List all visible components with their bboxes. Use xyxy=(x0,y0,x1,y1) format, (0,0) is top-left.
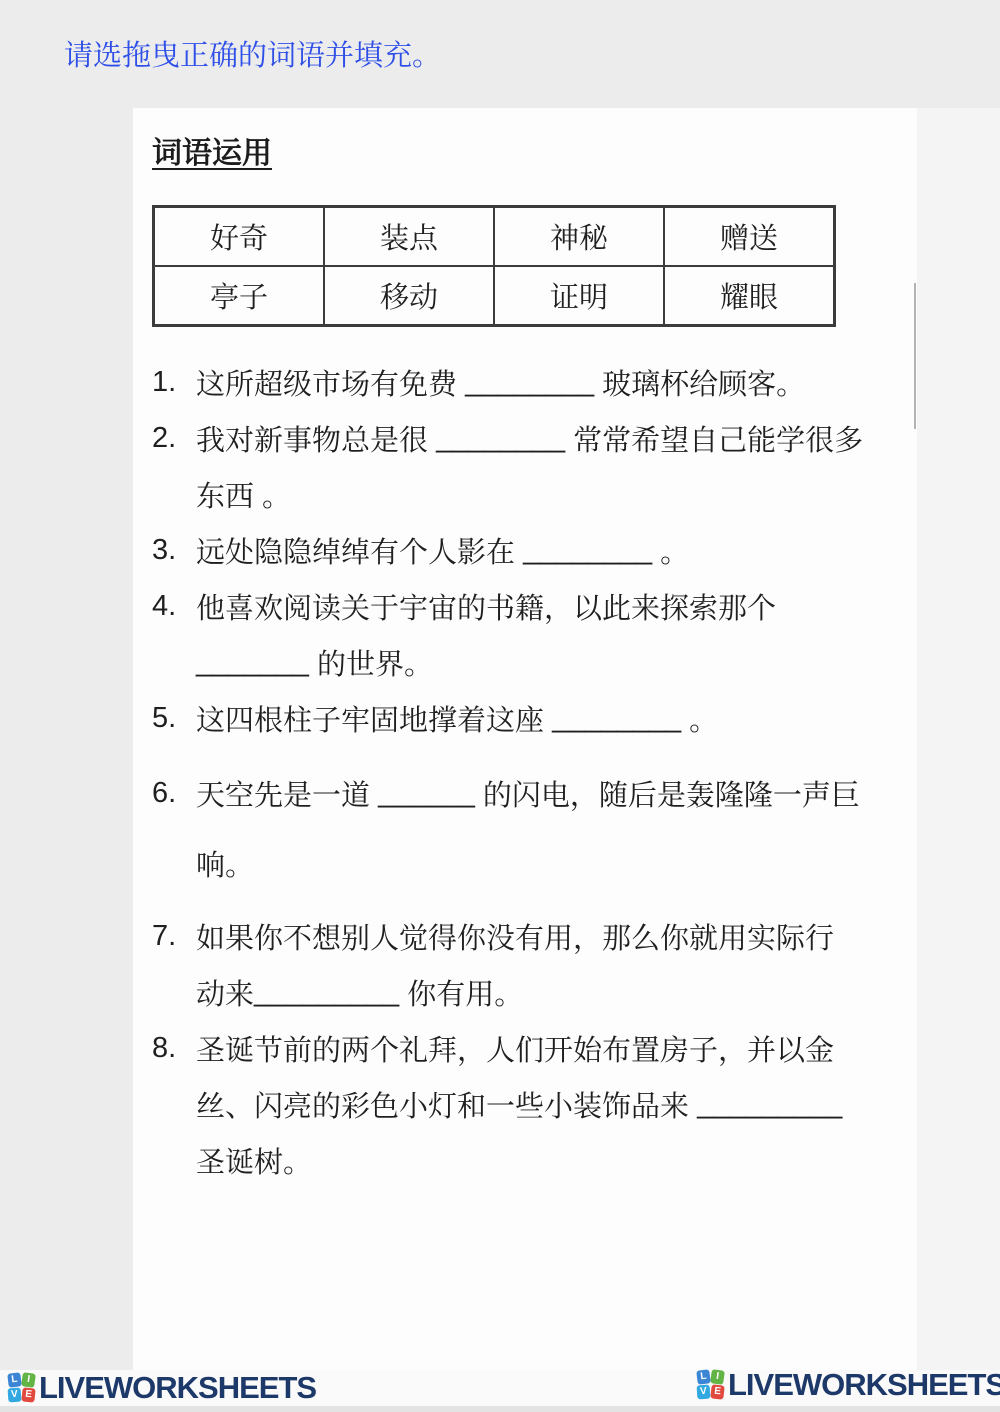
word-chip[interactable]: 装点 xyxy=(324,207,494,266)
answer-blank[interactable]: ________ xyxy=(465,366,594,399)
word-chip[interactable]: 赠送 xyxy=(664,207,834,266)
sentence-text: 动来 xyxy=(196,972,254,1013)
logo-tile-v: V xyxy=(8,1387,22,1402)
answer-blank[interactable]: ________ xyxy=(523,534,652,567)
word-chip[interactable]: 证明 xyxy=(494,266,664,325)
liveworksheets-tiles-icon: LIVE xyxy=(697,1370,725,1400)
sentence-text: 的闪电，随后是轰隆隆一声巨 xyxy=(475,773,860,814)
logo-tile-i: I xyxy=(21,1372,36,1388)
answer-blank[interactable]: _________ xyxy=(697,1088,842,1121)
question-number: 5. xyxy=(152,702,196,735)
question-list: 1.这所超级市场有免费 ________ 玻璃杯给顾客。2.我对新事物总是很 _… xyxy=(152,354,917,1188)
question-line: _______ 的世界。 xyxy=(152,634,917,690)
logo-tile-l: L xyxy=(7,1372,22,1387)
sentence-text: 常常希望自己能学很多 xyxy=(565,418,863,459)
question-line: 4.他喜欢阅读关于宇宙的书籍，以此来探索那个 xyxy=(152,578,917,634)
question-item: 1.这所超级市场有免费 ________ 玻璃杯给顾客。 xyxy=(152,354,917,410)
sentence-text: 东西 。 xyxy=(196,474,291,515)
question-item: 2.我对新事物总是很 ________ 常常希望自己能学很多东西 。 xyxy=(152,410,917,522)
question-item: 6.天空先是一道 ______ 的闪电，随后是轰隆隆一声巨响。 xyxy=(152,765,917,891)
question-number: 2. xyxy=(152,422,196,455)
question-item: 4.他喜欢阅读关于宇宙的书籍，以此来探索那个_______ 的世界。 xyxy=(152,578,917,690)
sentence-text: 如果你不想别人觉得你没有用，那么你就用实际行 xyxy=(196,916,834,957)
word-chip[interactable]: 耀眼 xyxy=(664,266,834,325)
answer-blank[interactable]: ________ xyxy=(552,702,681,735)
drag-drop-instruction: 请选拖曳正确的词语并填充。 xyxy=(64,38,441,74)
question-line: 1.这所超级市场有免费 ________ 玻璃杯给顾客。 xyxy=(152,354,917,410)
question-line: 7.如果你不想别人觉得你没有用，那么你就用实际行 xyxy=(152,908,917,964)
logo-tile-i: I xyxy=(710,1369,725,1385)
question-line: 3.远处隐隐绰绰有个人影在 ________ 。 xyxy=(152,522,917,578)
question-line: 东西 。 xyxy=(152,466,917,522)
sentence-text: 的世界。 xyxy=(309,642,433,683)
word-chip[interactable]: 移动 xyxy=(324,266,494,325)
liveworksheets-logo-right[interactable]: LIVE LIVEWORKSHEETS xyxy=(697,1369,1000,1400)
logo-tile-l: L xyxy=(696,1369,711,1384)
sentence-text: 他喜欢阅读关于宇宙的书籍，以此来探索那个 xyxy=(196,586,776,627)
question-number: 7. xyxy=(152,920,196,953)
question-number: 3. xyxy=(152,534,196,567)
liveworksheets-wordmark: LIVEWORKSHEETS xyxy=(39,1372,316,1403)
question-line: 8.圣诞节前的两个礼拜，人们开始布置房子，并以金 xyxy=(152,1020,917,1076)
question-line: 动来_________ 你有用。 xyxy=(152,964,917,1020)
worksheet-screen: 请选拖曳正确的词语并填充。 词语运用 好奇装点神秘赠送亭子移动证明耀眼 1.这所… xyxy=(0,0,1000,1412)
bottom-edge-strip xyxy=(0,1406,1000,1412)
word-chip[interactable]: 亭子 xyxy=(154,266,324,325)
sentence-text: 这四根柱子牢固地撑着这座 xyxy=(196,698,552,739)
answer-blank[interactable]: _______ xyxy=(196,646,309,679)
sentence-text: 响。 xyxy=(196,843,254,884)
question-line: 6.天空先是一道 ______ 的闪电，随后是轰隆隆一声巨 xyxy=(152,765,917,821)
sentence-text: 丝、闪亮的彩色小灯和一些小装饰品来 xyxy=(196,1084,697,1125)
sentence-text: 这所超级市场有免费 xyxy=(196,362,465,403)
question-item: 7.如果你不想别人觉得你没有用，那么你就用实际行动来_________ 你有用。 xyxy=(152,908,917,1020)
sentence-text: 远处隐隐绰绰有个人影在 xyxy=(196,530,523,571)
question-item: 3.远处隐隐绰绰有个人影在 ________ 。 xyxy=(152,522,917,578)
liveworksheets-logo-left[interactable]: LIVE LIVEWORKSHEETS xyxy=(8,1372,316,1403)
worksheet-title: 词语运用 xyxy=(152,134,917,174)
word-chip[interactable]: 好奇 xyxy=(154,207,324,266)
word-bank-table: 好奇装点神秘赠送亭子移动证明耀眼 xyxy=(152,205,836,327)
sentence-text: 你有用。 xyxy=(399,972,523,1013)
right-background-band xyxy=(917,108,1000,1370)
sentence-text: 。 xyxy=(681,698,718,739)
logo-tile-e: E xyxy=(710,1384,724,1399)
question-number: 4. xyxy=(152,590,196,623)
question-number: 1. xyxy=(152,366,196,399)
question-number: 6. xyxy=(152,777,196,810)
question-item: 5.这四根柱子牢固地撑着这座 ________ 。 xyxy=(152,690,917,746)
sentence-text: 圣诞树。 xyxy=(196,1140,312,1181)
word-chip[interactable]: 神秘 xyxy=(494,207,664,266)
answer-blank[interactable]: _________ xyxy=(254,976,399,1009)
liveworksheets-tiles-icon: LIVE xyxy=(8,1373,36,1403)
answer-blank[interactable]: ______ xyxy=(378,777,475,810)
question-number: 8. xyxy=(152,1032,196,1065)
logo-tile-e: E xyxy=(21,1387,35,1402)
question-line: 5.这四根柱子牢固地撑着这座 ________ 。 xyxy=(152,690,917,746)
scrollbar-thumb[interactable] xyxy=(914,283,916,429)
question-line: 丝、闪亮的彩色小灯和一些小装饰品来 _________ xyxy=(152,1076,917,1132)
question-item: 8.圣诞节前的两个礼拜，人们开始布置房子，并以金丝、闪亮的彩色小灯和一些小装饰品… xyxy=(152,1020,917,1188)
question-line: 2.我对新事物总是很 ________ 常常希望自己能学很多 xyxy=(152,410,917,466)
question-line: 圣诞树。 xyxy=(152,1132,917,1188)
liveworksheets-wordmark: LIVEWORKSHEETS xyxy=(728,1369,1000,1400)
left-background-band xyxy=(0,108,133,1370)
worksheet-page: 词语运用 好奇装点神秘赠送亭子移动证明耀眼 1.这所超级市场有免费 ______… xyxy=(133,108,917,1370)
question-line: 响。 xyxy=(152,835,917,891)
logo-tile-v: V xyxy=(697,1384,711,1399)
sentence-text: 。 xyxy=(652,530,689,571)
answer-blank[interactable]: ________ xyxy=(436,422,565,455)
sentence-text: 我对新事物总是很 xyxy=(196,418,436,459)
sentence-text: 玻璃杯给顾客。 xyxy=(594,362,805,403)
sentence-text: 圣诞节前的两个礼拜，人们开始布置房子，并以金 xyxy=(196,1028,834,1069)
sentence-text: 天空先是一道 xyxy=(196,773,378,814)
